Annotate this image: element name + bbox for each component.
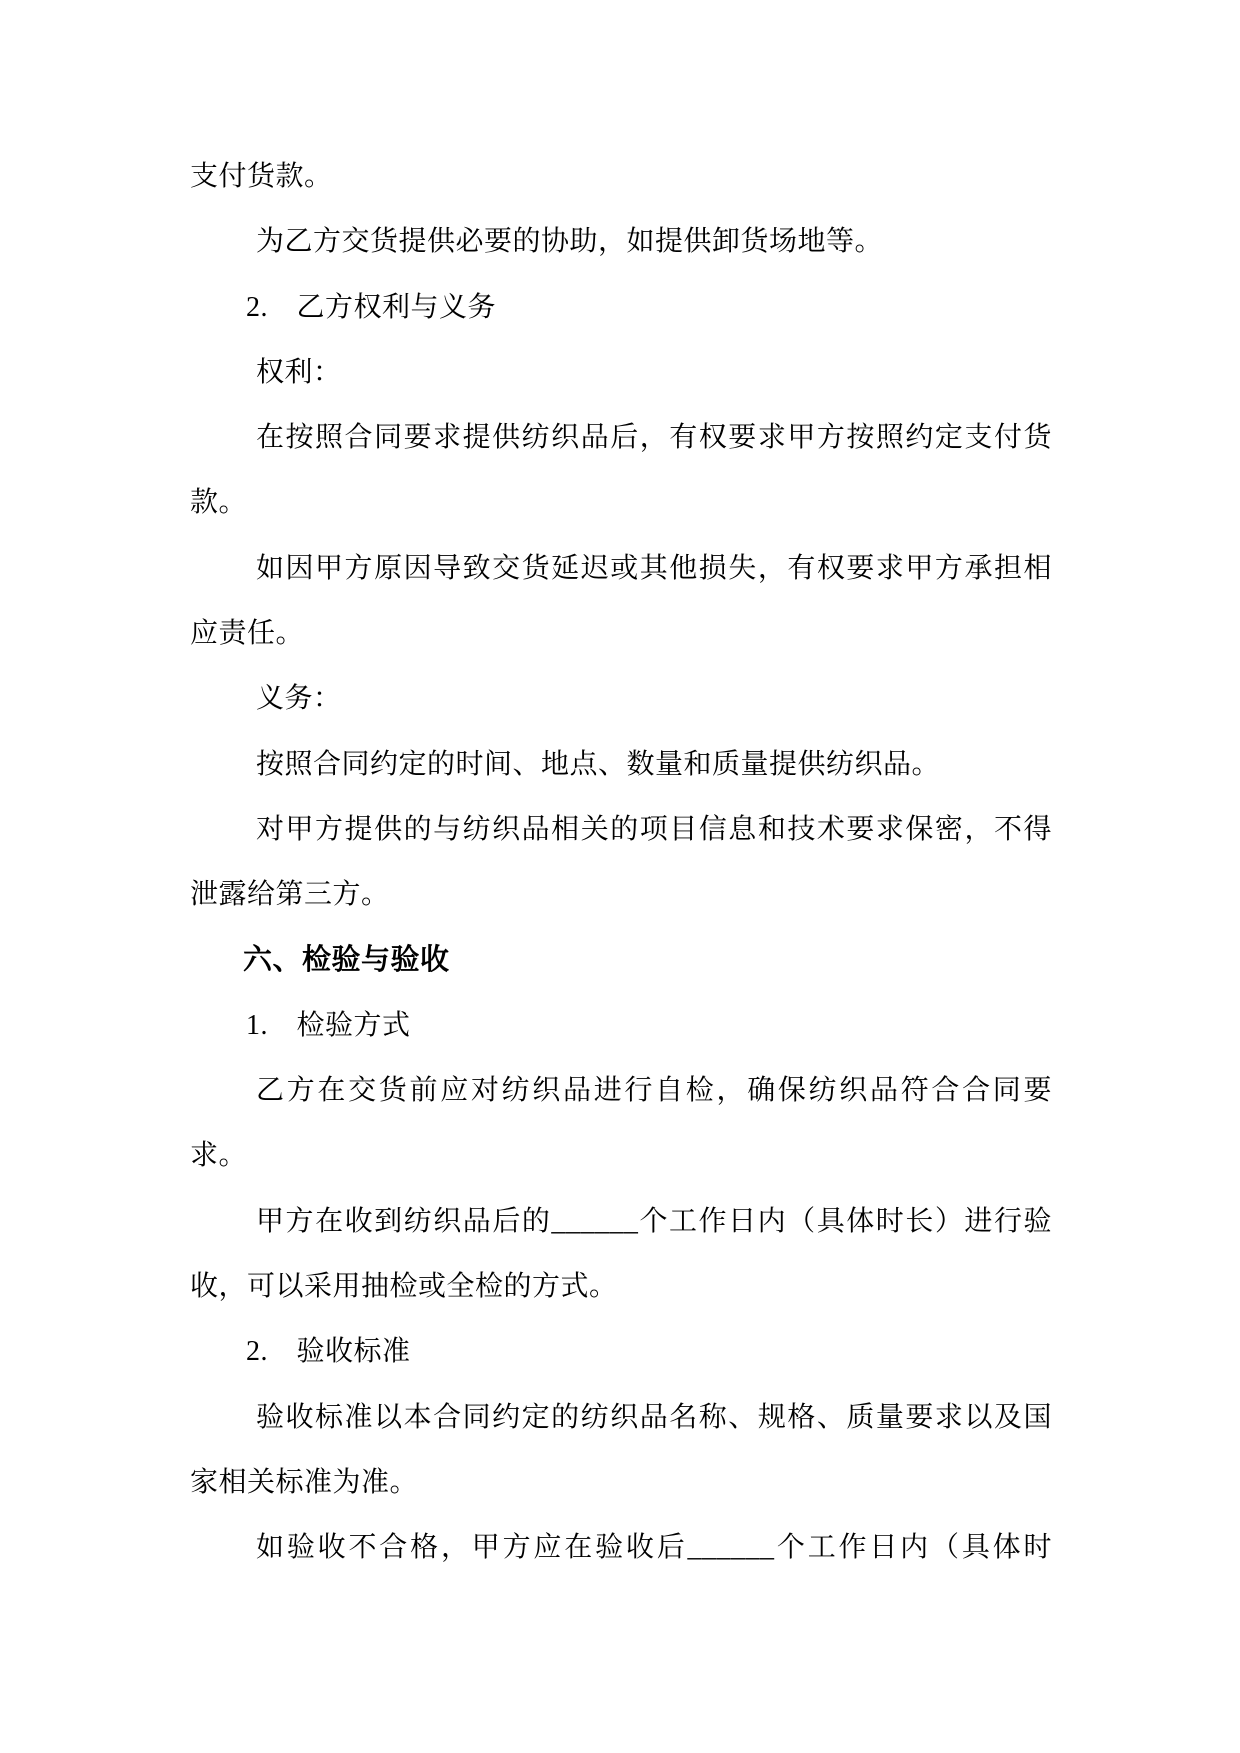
- text-line: 乙方在交货前应对纺织品进行自检，确保纺织品符合合同要: [190, 1058, 1052, 1123]
- contract-page: 支付货款。为乙方交货提供必要的协助，如提供卸货场地等。2. 乙方权利与义务权利：…: [0, 0, 1240, 1753]
- text-line: 泄露给第三方。: [190, 862, 1052, 927]
- text-line: 验收标准以本合同约定的纺织品名称、规格、质量要求以及国: [190, 1385, 1052, 1450]
- text-line: 支付货款。: [190, 144, 1052, 209]
- text-line: 如因甲方原因导致交货延迟或其他损失，有权要求甲方承担相: [190, 536, 1052, 601]
- text-line: 权利：: [190, 340, 1052, 405]
- text-line: 义务：: [190, 666, 1052, 731]
- text-line: 2. 乙方权利与义务: [190, 275, 1052, 340]
- text-line: 收，可以采用抽检或全检的方式。: [190, 1254, 1052, 1319]
- text-line: 家相关标准为准。: [190, 1450, 1052, 1515]
- text-line: 如验收不合格，甲方应在验收后______个工作日内（具体时: [190, 1515, 1052, 1580]
- document-text-block: 支付货款。为乙方交货提供必要的协助，如提供卸货场地等。2. 乙方权利与义务权利：…: [190, 144, 1052, 1581]
- text-line: 甲方在收到纺织品后的______个工作日内（具体时长）进行验: [190, 1189, 1052, 1254]
- text-line: 2. 验收标准: [190, 1319, 1052, 1384]
- text-line: 对甲方提供的与纺织品相关的项目信息和技术要求保密，不得: [190, 797, 1052, 862]
- text-line: 款。: [190, 470, 1052, 535]
- text-line: 求。: [190, 1123, 1052, 1188]
- text-line: 为乙方交货提供必要的协助，如提供卸货场地等。: [190, 209, 1052, 274]
- text-line: 在按照合同要求提供纺织品后，有权要求甲方按照约定支付货: [190, 405, 1052, 470]
- text-line: 1. 检验方式: [190, 993, 1052, 1058]
- text-line: 按照合同约定的时间、地点、数量和质量提供纺织品。: [190, 732, 1052, 797]
- text-line: 应责任。: [190, 601, 1052, 666]
- section-heading-line: 六、检验与验收: [190, 928, 1052, 993]
